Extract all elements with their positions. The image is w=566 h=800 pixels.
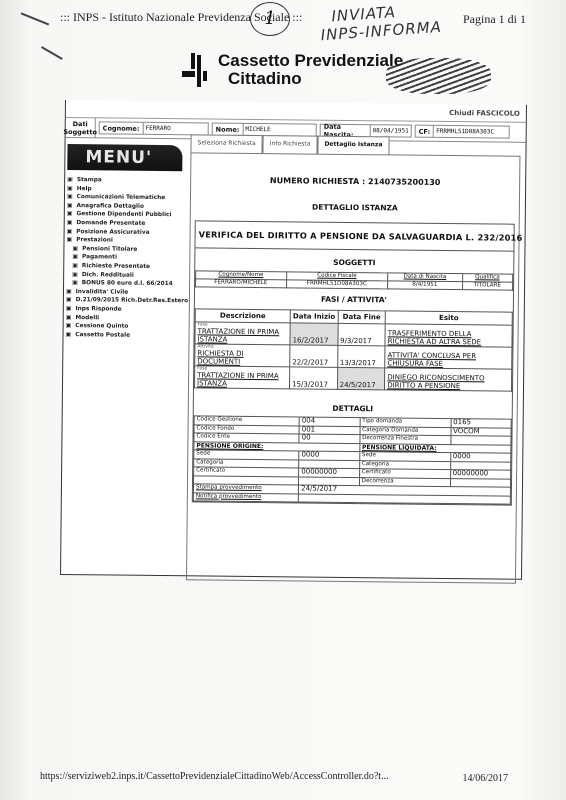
- column-header: Data Inizio: [290, 310, 338, 323]
- label: Decorrenza Finestra: [360, 435, 451, 444]
- data-fine: 24/5/2017: [337, 367, 385, 389]
- redaction-scribble: [386, 58, 491, 94]
- istanza-box: VERIFICA DEL DIRITTO A PENSIONE DA SALVA…: [192, 220, 515, 505]
- descrizione: RICHIESTA DI DOCUMENTI: [197, 349, 243, 365]
- cell: TITOLARE: [462, 282, 513, 291]
- app-title: Cassetto Previdenziale Cittadino: [218, 52, 403, 88]
- side-menu: MENU' StampaHelpComunicazioni Telematich…: [65, 144, 182, 340]
- fasi-table: DescrizioneData InizioData FineEsito Fas…: [194, 308, 513, 391]
- menu-title: MENU': [67, 144, 182, 171]
- cognome-value: FERRARO: [142, 123, 207, 135]
- esito: DINIEGO RICONOSCIMENTO DIRITTO A PENSION…: [385, 368, 512, 391]
- data-nascita-value: 08/04/1951: [370, 125, 411, 136]
- cf-label: CF:: [416, 127, 434, 135]
- cell: 8/4/1951: [388, 281, 463, 290]
- column-header: Esito: [385, 311, 512, 325]
- column-header: Data Fine: [338, 310, 386, 323]
- app-logo: Cassetto Previdenziale Cittadino: [182, 52, 403, 88]
- close-fascicolo-link[interactable]: Chiudi FASCICOLO: [449, 109, 520, 118]
- tab-seleziona-richiesta[interactable]: Seleziona Richiesta: [190, 134, 262, 153]
- section-title: DETTAGLIO ISTANZA: [195, 201, 515, 213]
- pen-stroke: [21, 12, 49, 25]
- inps-logo-icon: [182, 53, 210, 87]
- print-footer-url: https://serviziweb2.inps.it/CassettoPrev…: [40, 771, 389, 782]
- numero-richiesta: NUMERO RICHIESTA : 2140735200130: [195, 175, 515, 187]
- menu-list: StampaHelpComunicazioni TelematicheAnagr…: [65, 176, 182, 340]
- menu-item[interactable]: Cassetto Postale: [65, 331, 180, 341]
- esito: ATTIVITA' CONCLUSA PER CHIUSURA FASE: [385, 346, 512, 369]
- handwritten-note: INVIATA INPS-INFORMA: [319, 0, 443, 44]
- nome-value: MICHELE: [242, 124, 315, 136]
- app-title-line1: Cassetto Previdenziale: [218, 52, 403, 70]
- scanned-page: ::: INPS - Istituto Nazionale Previdenza…: [0, 0, 566, 800]
- cf-value: FRRMHL51D08A303C: [433, 126, 496, 138]
- nome-label: Nome:: [213, 125, 243, 133]
- subject-label: Dati Soggetto: [66, 118, 96, 137]
- data-fine: 9/3/2017: [338, 323, 386, 345]
- print-footer-date: 14/06/2017: [462, 773, 508, 784]
- esito: TRASFERIMENTO DELLA RICHIESTA AD ALTRA S…: [385, 324, 512, 347]
- app-frame: Chiudi FASCICOLO Dati Soggetto Cognome:F…: [60, 100, 527, 580]
- circled-number-annotation: 1: [250, 2, 290, 36]
- value: 00000000: [299, 468, 360, 477]
- dettagli-title: DETTAGLI: [194, 388, 512, 418]
- value: VOCOM: [451, 427, 512, 436]
- value: 00: [299, 434, 360, 443]
- istanza-type: VERIFICA DEL DIRITTO A PENSIONE DA SALVA…: [195, 221, 513, 250]
- pen-stroke: [41, 46, 63, 59]
- page-number: Pagina 1 di 1: [463, 12, 526, 27]
- label: Categoria Domanda: [360, 426, 451, 435]
- label: Notifica provvedimento: [193, 492, 298, 502]
- value: 0000: [299, 451, 360, 460]
- tab-panel: NUMERO RICHIESTA : 2140735200130 DETTAGL…: [186, 152, 520, 583]
- tab-info-richiesta[interactable]: Info Richiesta: [263, 135, 318, 154]
- table-row: FaseTRATTAZIONE IN PRIMA ISTANZA15/3/201…: [194, 366, 511, 391]
- value: [299, 493, 511, 504]
- soggetti-title: SOGGETTI: [195, 247, 513, 273]
- descrizione: TRATTAZIONE IN PRIMA ISTANZA: [197, 327, 279, 343]
- column-header: Descrizione: [195, 309, 290, 323]
- data-fine: 13/3/2017: [337, 345, 385, 367]
- dettagli-table: Codice Gestione004Tipo domanda0165 Codic…: [193, 415, 512, 504]
- value: 00000000: [450, 470, 511, 479]
- data-inizio: 16/2/2017: [290, 323, 338, 345]
- descrizione: TRATTAZIONE IN PRIMA ISTANZA: [197, 371, 279, 387]
- cognome-label: Cognome:: [100, 124, 143, 132]
- value: 0000: [450, 453, 511, 462]
- data-inizio: 15/3/2017: [290, 367, 338, 389]
- app-title-line2: Cittadino: [218, 70, 403, 88]
- data-inizio: 22/2/2017: [290, 345, 338, 367]
- label: Stampa provvedimento: [193, 484, 298, 494]
- cell: FERRARO/MICHELE: [196, 279, 287, 288]
- main-content: Seleziona RichiestaInfo RichiestaDettagl…: [186, 134, 521, 577]
- tab-dettaglio-istanza[interactable]: Dettaglio Istanza: [317, 136, 389, 155]
